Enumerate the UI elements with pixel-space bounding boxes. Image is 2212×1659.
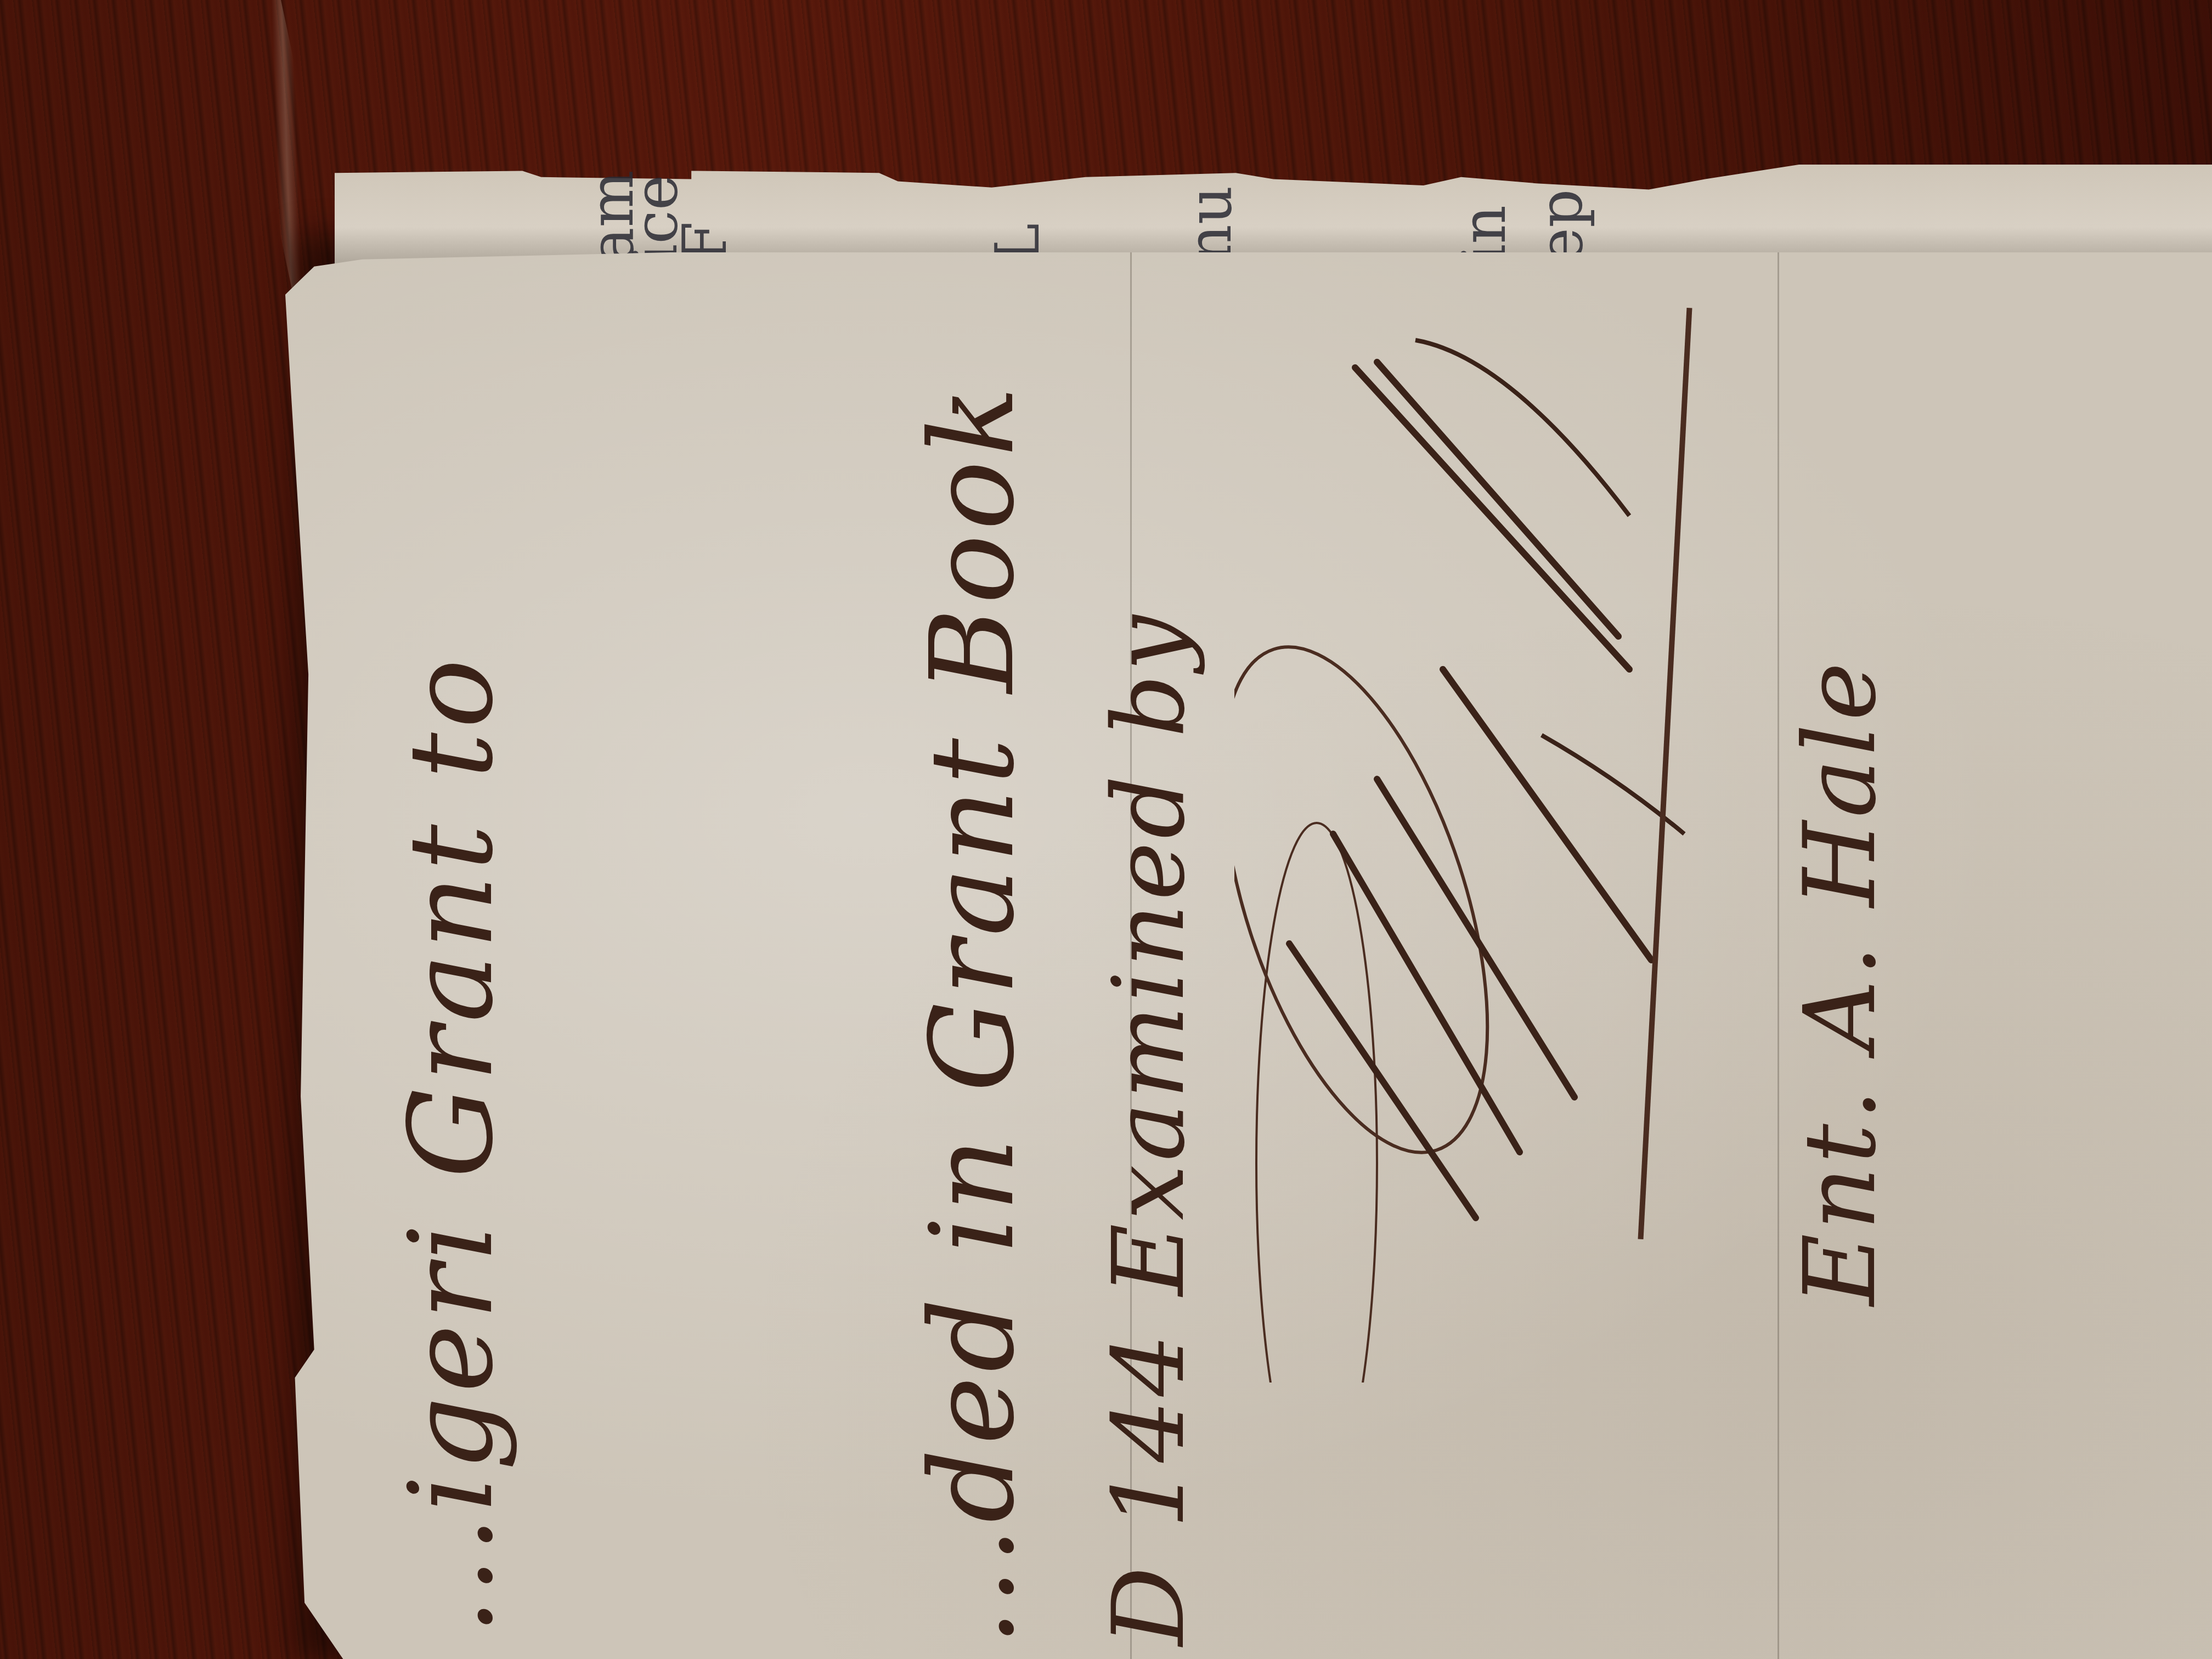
handwriting-line-entered: Ent. A. Hale — [1783, 659, 1898, 1306]
signature-flourish — [1234, 285, 1728, 1383]
handwriting-line-examined: D 144 Examined by — [1092, 612, 1206, 1646]
printed-fragment: F — [675, 170, 735, 263]
printed-fragment: L — [988, 170, 1048, 263]
printed-fragment: nu — [1180, 170, 1240, 263]
printed-fragment: ep — [1531, 170, 1591, 263]
printed-fragment: in — [1454, 170, 1514, 263]
handwriting-line-grantee: ...igeri Grant to — [384, 654, 518, 1635]
fold-line — [1778, 252, 1779, 1659]
handwriting-line-recorded: ...ded in Grant Book — [905, 382, 1040, 1646]
